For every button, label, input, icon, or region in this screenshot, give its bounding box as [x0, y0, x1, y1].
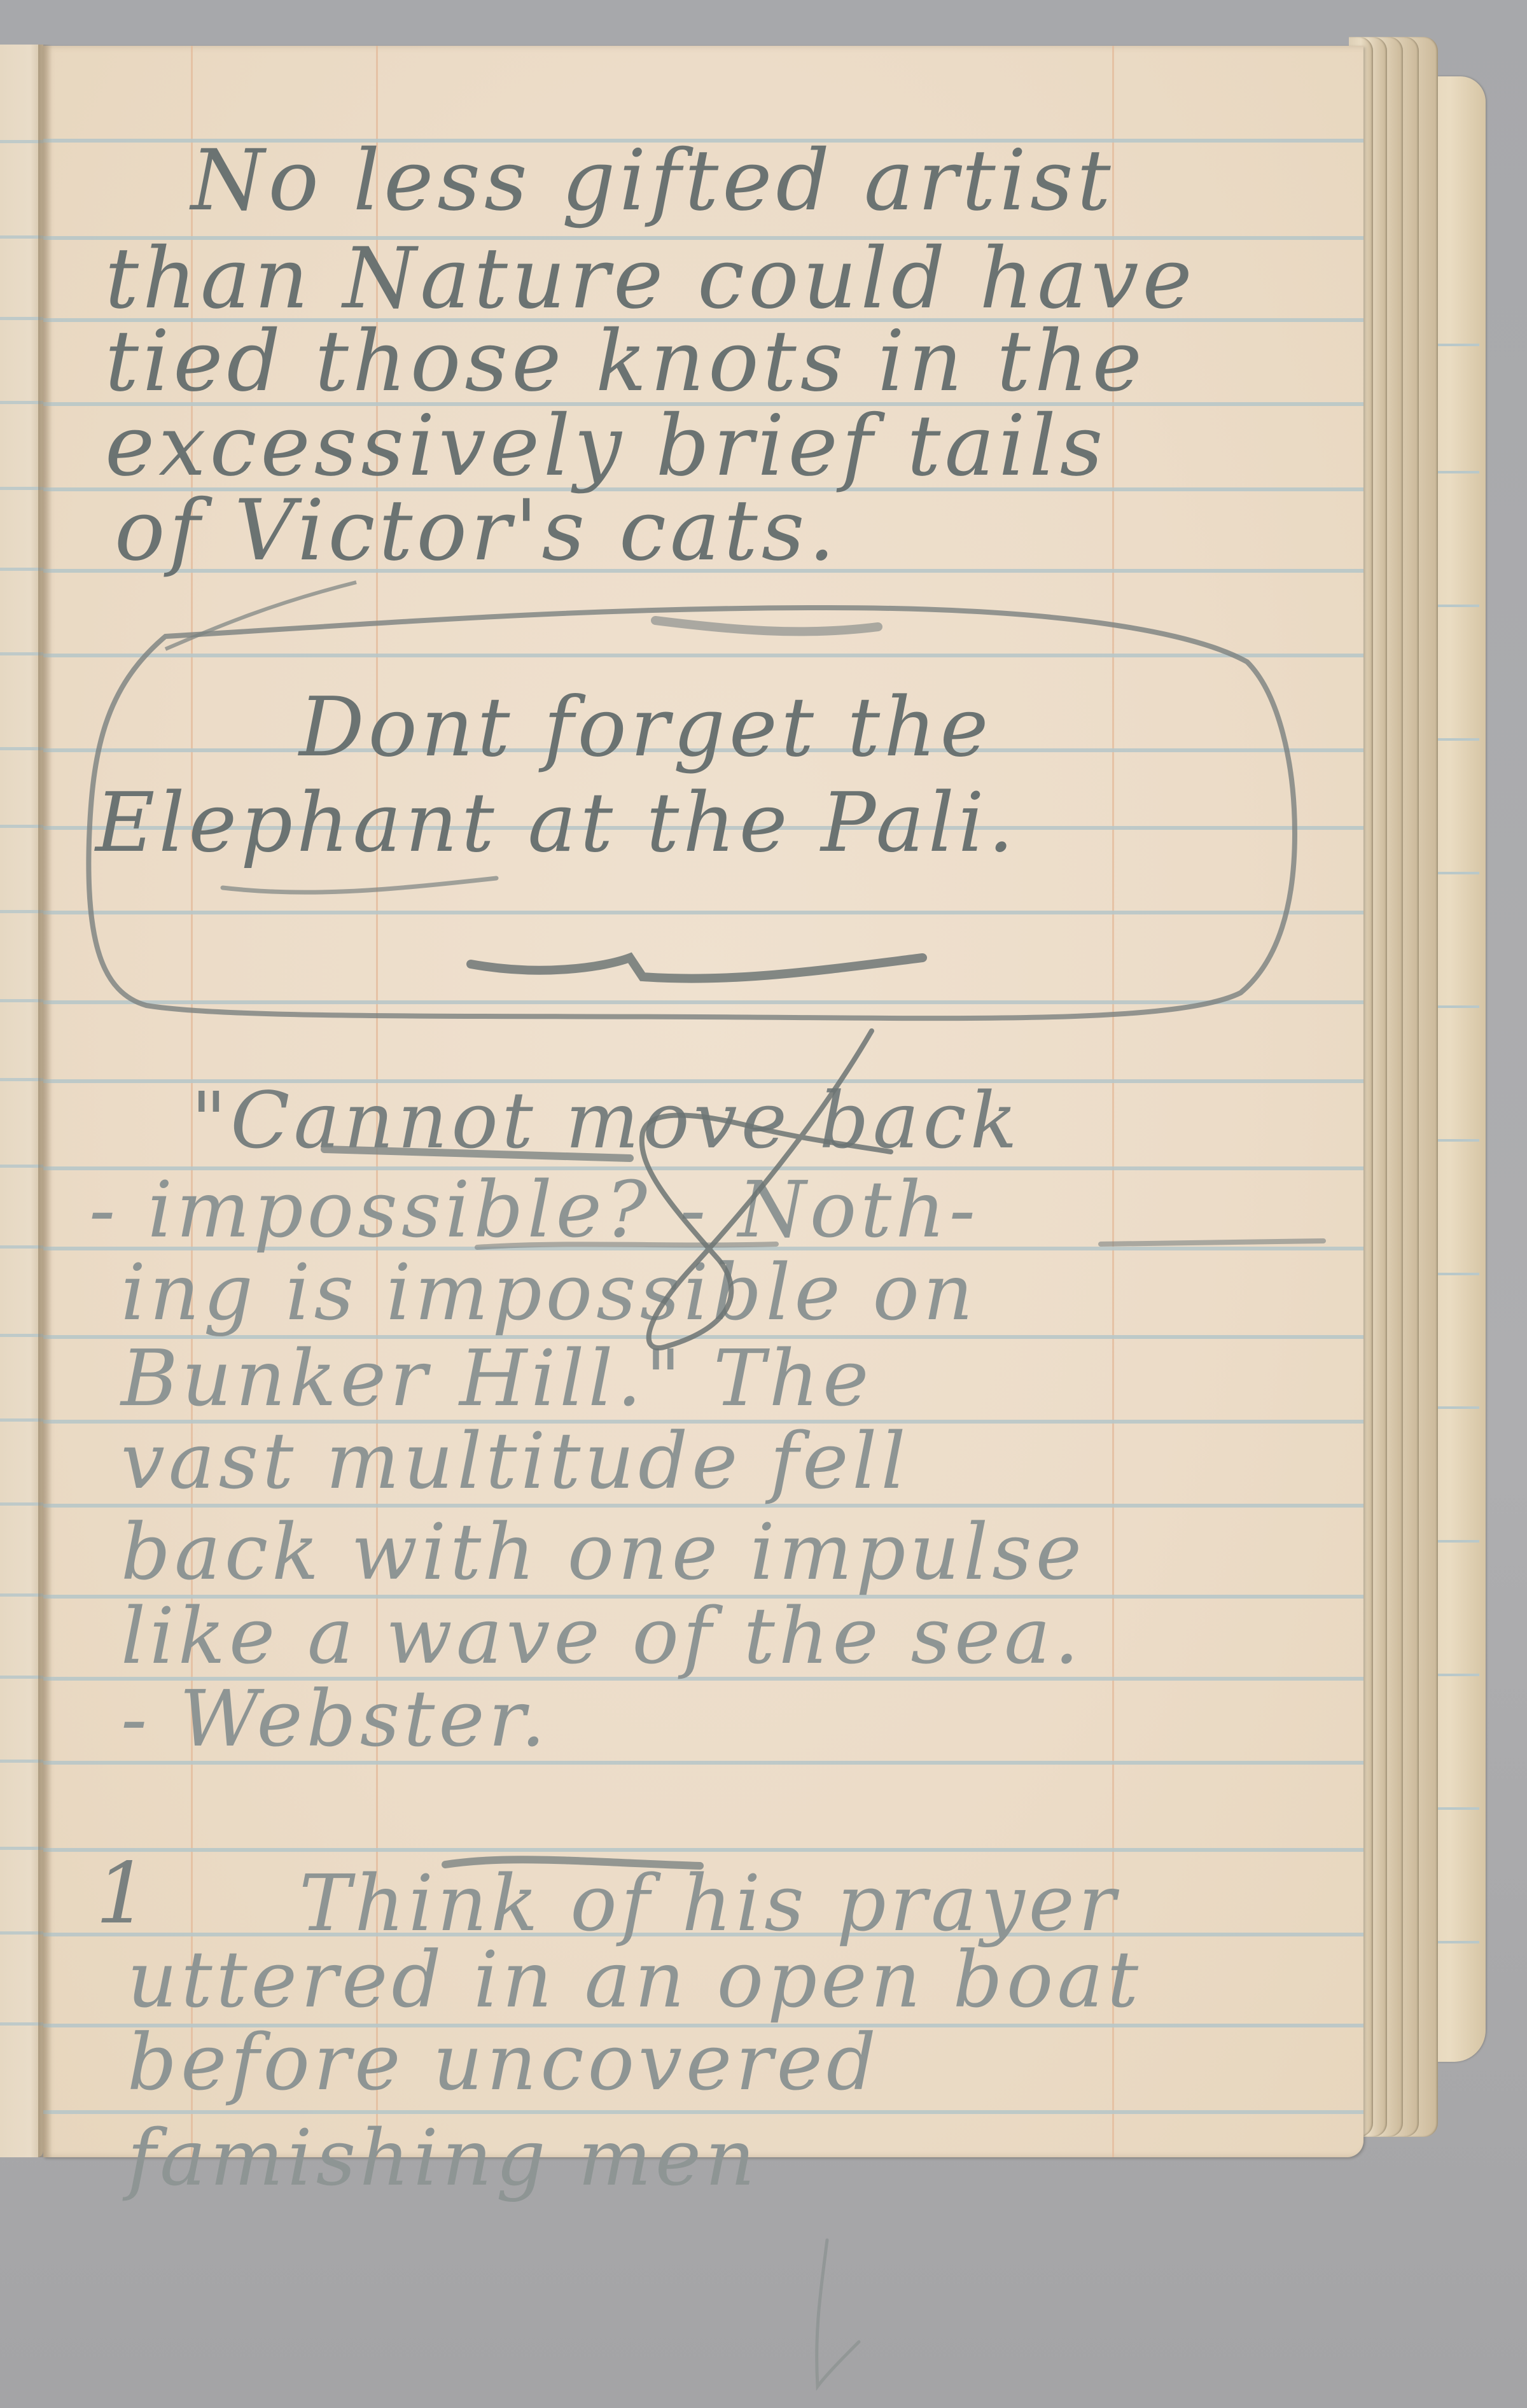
ruled-line [0, 1078, 43, 1081]
handwritten-line: uttered in an open boat [127, 1941, 1142, 2019]
ruled-line [43, 911, 1363, 914]
handwritten-line: - impossible? - Noth- [89, 1171, 979, 1249]
ruled-line [0, 317, 43, 320]
ruled-line [0, 652, 43, 655]
handwritten-line: tied those knots in the [105, 319, 1146, 403]
handwritten-line: "Cannot move back [191, 1082, 1021, 1159]
handwritten-line: famishing men [127, 2119, 759, 2197]
handwritten-line: like a wave of the sea. [121, 1597, 1083, 1675]
ruled-line [0, 747, 43, 750]
handwritten-line: vast multitude fell [121, 1422, 909, 1500]
ruled-line [0, 1676, 43, 1679]
ruled-line [0, 1334, 43, 1337]
ruled-line [0, 825, 43, 828]
handwritten-line: than Nature could have [105, 237, 1196, 321]
stacked-page-edges [1349, 37, 1482, 2137]
handwritten-line: excessively brief tails [105, 404, 1106, 488]
handwritten-line: back with one impulse [121, 1513, 1085, 1591]
handwritten-line: Bunker Hill." The [121, 1340, 872, 1417]
ruled-line [43, 1848, 1363, 1852]
handwritten-line: Elephant at the Pali. [95, 783, 1017, 864]
handwritten-line: before uncovered [127, 2024, 880, 2101]
ruled-line [0, 999, 43, 1002]
handwritten-line: of Victor's cats. [115, 489, 839, 573]
ruled-line [0, 140, 43, 143]
ruled-line [0, 1502, 43, 1506]
ruled-line [0, 1165, 43, 1168]
left-facing-page [0, 45, 43, 2157]
ruled-line [0, 1847, 43, 1850]
ruled-line [0, 1760, 43, 1763]
ruled-line [0, 568, 43, 571]
handwritten-line: Dont forget the [299, 687, 992, 769]
handwritten-line: - Webster. [121, 1680, 549, 1758]
handwritten-line: ing is impossible on [121, 1254, 977, 1331]
item-number: 1 [95, 1852, 153, 1936]
ruled-line [0, 1593, 43, 1597]
ruled-line [0, 1245, 43, 1249]
ruled-line [43, 654, 1363, 657]
ruled-line [43, 1000, 1363, 1004]
ruled-line [0, 910, 43, 913]
gutter-shadow [38, 45, 52, 2157]
ruled-line [0, 401, 43, 404]
ruled-line [0, 2022, 43, 2026]
handwritten-line: Think of his prayer [299, 1865, 1119, 1942]
ruled-line [0, 487, 43, 490]
ruled-line [0, 235, 43, 239]
ruled-line [0, 1418, 43, 1422]
handwritten-line: No less gifted artist [191, 139, 1115, 223]
ruled-line [0, 1931, 43, 1935]
